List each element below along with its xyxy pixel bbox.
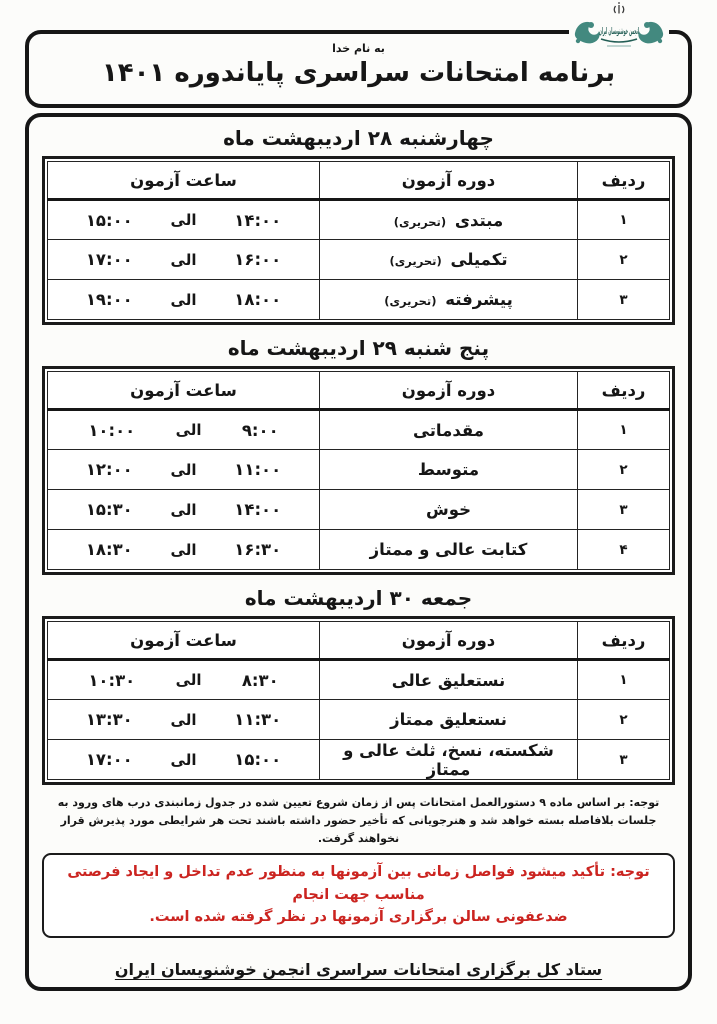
course-cell: خوش (320, 490, 578, 530)
time-cell: ۹:۰۰ الی ۱۰:۰۰ (48, 410, 320, 450)
end-time: ۱۳:۳۰ (86, 710, 133, 729)
row-number: ۲ (578, 450, 670, 490)
schedule-section-wednesday: چهارشنبه ۲۸ اردیبهشت ماه ردیف دوره آزمون… (41, 123, 676, 333)
time-cell: ۱۶:۰۰ الی ۱۷:۰۰ (48, 240, 320, 280)
warning-line-1: توجه: تأکید میشود فواصل زمانی بین آزمونه… (52, 861, 665, 906)
col-header-course: دوره آزمون (320, 372, 578, 410)
time-cell: ۱۴:۰۰ الی ۱۵:۳۰ (48, 490, 320, 530)
col-header-time: ساعت آزمون (48, 162, 320, 200)
schedule-table-frame: ردیف دوره آزمون ساعت آزمون ۱ مبتدی (تحری… (42, 156, 675, 325)
row-number: ۲ (578, 240, 670, 280)
course-cell: مقدماتی (320, 410, 578, 450)
course-name: متوسط (418, 460, 479, 479)
exam-table: ردیف دوره آزمون ساعت آزمون ۱ مبتدی (تحری… (47, 161, 670, 320)
table-row: ۲ متوسط ۱۱:۰۰ الی ۱۲:۰۰ (48, 450, 670, 490)
course-name: نستعلیق عالی (392, 671, 505, 690)
row-number: ۳ (578, 280, 670, 320)
to-label: الی (171, 541, 197, 559)
table-row: ۳ شکسته، نسخ، ثلث عالی و ممتاز ۱۵:۰۰ الی… (48, 740, 670, 780)
section-heading: پنج شنبه ۲۹ اردیبهشت ماه (41, 336, 676, 360)
to-label: الی (171, 711, 197, 729)
course-cell: نستعلیق عالی (320, 660, 578, 700)
end-time: ۱۷:۰۰ (86, 750, 133, 769)
exam-table: ردیف دوره آزمون ساعت آزمون ۱ نستعلیق عال… (47, 621, 670, 780)
association-logo: انجمن خوشنویسان ایران (567, 0, 673, 60)
course-cell: نستعلیق ممتاز (320, 700, 578, 740)
col-header-time: ساعت آزمون (48, 622, 320, 660)
highlighted-warning-box: توجه: تأکید میشود فواصل زمانی بین آزمونه… (42, 853, 675, 937)
time-cell: ۱۱:۰۰ الی ۱۲:۰۰ (48, 450, 320, 490)
course-note: (تحریری) (389, 254, 441, 268)
to-label: الی (171, 291, 197, 309)
course-note: (تحریری) (394, 215, 446, 229)
end-time: ۱۵:۳۰ (86, 500, 133, 519)
end-time: ۱۸:۳۰ (86, 540, 133, 559)
exam-schedule-document: انجمن خوشنویسان ایران به نام خدا برنامه … (0, 0, 717, 1024)
time-cell: ۱۶:۳۰ الی ۱۸:۳۰ (48, 530, 320, 570)
table-row: ۴ کتابت عالی و ممتاز ۱۶:۳۰ الی ۱۸:۳۰ (48, 530, 670, 570)
time-cell: ۱۸:۰۰ الی ۱۹:۰۰ (48, 280, 320, 320)
association-logo-graphic: انجمن خوشنویسان ایران (567, 0, 673, 60)
to-label: الی (171, 461, 197, 479)
table-row: ۱ نستعلیق عالی ۸:۳۰ الی ۱۰:۳۰ (48, 660, 670, 700)
warning-line-2: ضدعفونی سالن برگزاری آزمونها در نظر گرفت… (52, 906, 665, 928)
course-note: (تحریری) (384, 294, 436, 308)
table-row: ۲ تکمیلی (تحریری) ۱۶:۰۰ الی ۱۷:۰۰ (48, 240, 670, 280)
logo-association-name: انجمن خوشنویسان ایران (599, 27, 639, 37)
table-row: ۳ خوش ۱۴:۰۰ الی ۱۵:۳۰ (48, 490, 670, 530)
emblem-icon (614, 2, 624, 13)
start-time: ۹:۰۰ (242, 421, 279, 440)
row-number: ۲ (578, 700, 670, 740)
end-time: ۱۲:۰۰ (86, 460, 133, 479)
col-header-row-number: ردیف (578, 372, 670, 410)
schedule-table-frame: ردیف دوره آزمون ساعت آزمون ۱ نستعلیق عال… (42, 616, 675, 785)
start-time: ۱۴:۰۰ (234, 500, 281, 519)
section-heading: جمعه ۳۰ اردیبهشت ماه (41, 586, 676, 610)
start-time: ۸:۳۰ (242, 671, 279, 690)
row-number: ۳ (578, 740, 670, 780)
to-label: الی (176, 421, 202, 439)
rules-note: توجه: بر اساس ماده ۹ دستورالعمل امتحانات… (41, 794, 676, 848)
to-label: الی (171, 211, 197, 229)
end-time: ۱۵:۰۰ (86, 211, 133, 230)
start-time: ۱۶:۳۰ (234, 540, 281, 559)
table-row: ۲ نستعلیق ممتاز ۱۱:۳۰ الی ۱۳:۳۰ (48, 700, 670, 740)
col-header-course: دوره آزمون (320, 162, 578, 200)
course-cell: متوسط (320, 450, 578, 490)
course-cell: مبتدی (تحریری) (320, 200, 578, 240)
course-name: کتابت عالی و ممتاز (370, 540, 528, 559)
table-header-row: ردیف دوره آزمون ساعت آزمون (48, 622, 670, 660)
row-number: ۳ (578, 490, 670, 530)
table-row: ۳ پیشرفته (تحریری) ۱۸:۰۰ الی ۱۹:۰۰ (48, 280, 670, 320)
schedule-section-thursday: پنج شنبه ۲۹ اردیبهشت ماه ردیف دوره آزمون… (41, 333, 676, 583)
end-time: ۱۰:۳۰ (88, 671, 135, 690)
time-cell: ۱۴:۰۰ الی ۱۵:۰۰ (48, 200, 320, 240)
end-time: ۱۰:۰۰ (88, 421, 135, 440)
course-cell: کتابت عالی و ممتاز (320, 530, 578, 570)
course-name: مقدماتی (413, 421, 484, 440)
row-number: ۴ (578, 530, 670, 570)
to-label: الی (171, 751, 197, 769)
document-title: برنامه امتحانات سراسری پایاندوره ۱۴۰۱ (29, 58, 688, 88)
start-time: ۱۴:۰۰ (234, 211, 281, 230)
start-time: ۱۶:۰۰ (234, 250, 281, 269)
table-header-row: ردیف دوره آزمون ساعت آزمون (48, 372, 670, 410)
table-row: ۱ مبتدی (تحریری) ۱۴:۰۰ الی ۱۵:۰۰ (48, 200, 670, 240)
to-label: الی (171, 501, 197, 519)
end-time: ۱۹:۰۰ (86, 290, 133, 309)
to-label: الی (171, 251, 197, 269)
time-cell: ۱۵:۰۰ الی ۱۷:۰۰ (48, 740, 320, 780)
course-name: نستعلیق ممتاز (390, 710, 507, 729)
col-header-course: دوره آزمون (320, 622, 578, 660)
row-number: ۱ (578, 200, 670, 240)
end-time: ۱۷:۰۰ (86, 250, 133, 269)
table-row: ۱ مقدماتی ۹:۰۰ الی ۱۰:۰۰ (48, 410, 670, 450)
course-cell: تکمیلی (تحریری) (320, 240, 578, 280)
start-time: ۱۱:۳۰ (234, 710, 281, 729)
col-header-row-number: ردیف (578, 162, 670, 200)
time-cell: ۸:۳۰ الی ۱۰:۳۰ (48, 660, 320, 700)
schedule-section-friday: جمعه ۳۰ اردیبهشت ماه ردیف دوره آزمون ساع… (41, 583, 676, 793)
row-number: ۱ (578, 410, 670, 450)
col-header-row-number: ردیف (578, 622, 670, 660)
course-name: خوش (426, 500, 471, 519)
table-header-row: ردیف دوره آزمون ساعت آزمون (48, 162, 670, 200)
section-heading: چهارشنبه ۲۸ اردیبهشت ماه (41, 126, 676, 150)
to-label: الی (176, 671, 202, 689)
main-frame: چهارشنبه ۲۸ اردیبهشت ماه ردیف دوره آزمون… (25, 113, 692, 991)
row-number: ۱ (578, 660, 670, 700)
course-name: تکمیلی (451, 250, 508, 269)
schedule-table-frame: ردیف دوره آزمون ساعت آزمون ۱ مقدماتی (42, 366, 675, 575)
start-time: ۱۸:۰۰ (234, 290, 281, 309)
course-name: پیشرفته (445, 290, 513, 309)
col-header-time: ساعت آزمون (48, 372, 320, 410)
time-cell: ۱۱:۳۰ الی ۱۳:۳۰ (48, 700, 320, 740)
start-time: ۱۱:۰۰ (234, 460, 281, 479)
start-time: ۱۵:۰۰ (234, 750, 281, 769)
exam-table: ردیف دوره آزمون ساعت آزمون ۱ مقدماتی (47, 371, 670, 570)
course-cell: شکسته، نسخ، ثلث عالی و ممتاز (320, 740, 578, 780)
course-cell: پیشرفته (تحریری) (320, 280, 578, 320)
course-name: مبتدی (455, 211, 503, 230)
issuing-authority: ستاد کل برگزاری امتحانات سراسری انجمن خو… (41, 960, 676, 979)
course-name: شکسته، نسخ، ثلث عالی و ممتاز (343, 741, 554, 779)
